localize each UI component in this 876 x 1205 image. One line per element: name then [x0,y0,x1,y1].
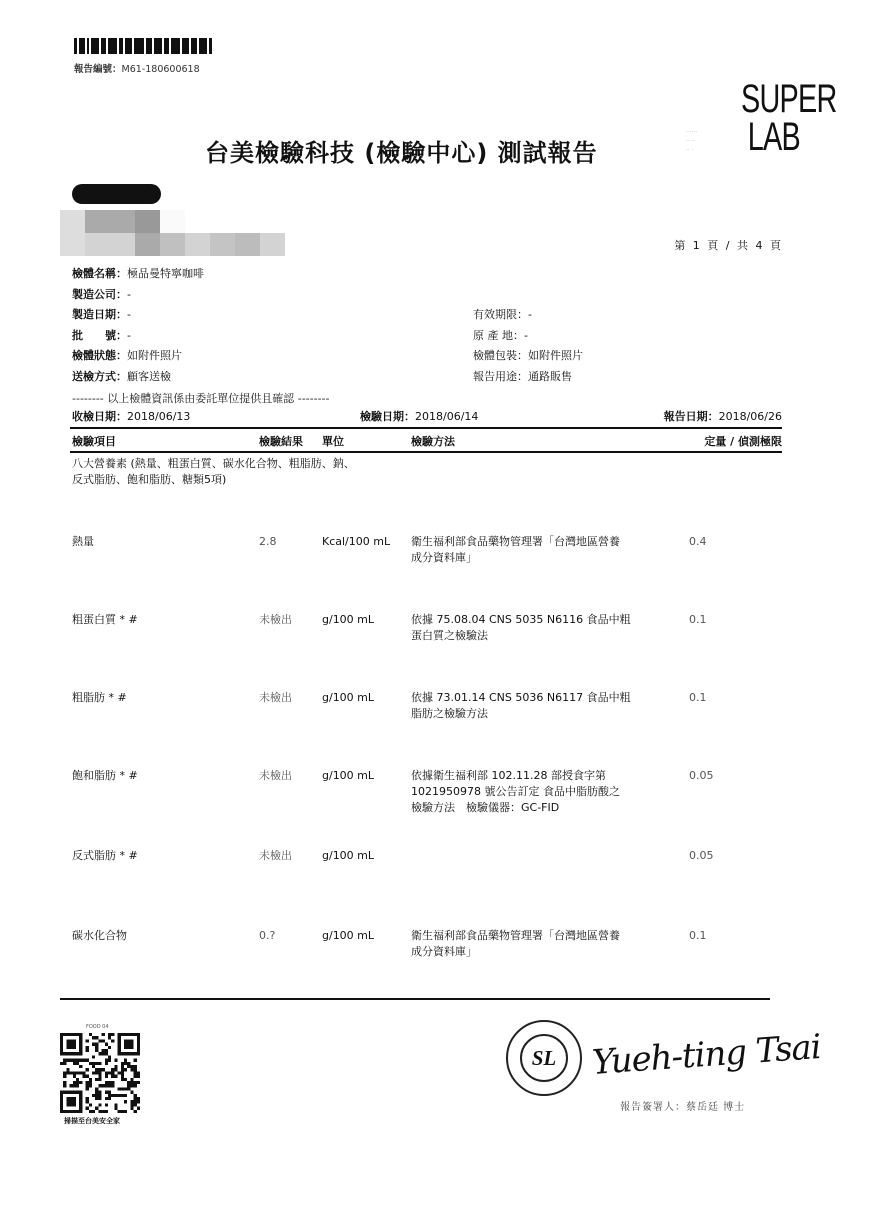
sample-field-value: 顧客送檢 [127,370,171,383]
sample-field-label: 檢體包裝： [473,349,528,362]
row-result: 未檢出 [259,768,292,784]
row-unit: Kcal/100 mL [322,534,390,550]
test-date-value: 2018/06/14 [415,410,478,423]
seal-monogram: SL [520,1034,568,1082]
group-title: 八大營養素 (熱量、粗蛋白質、碳水化合物、粗脂肪、鈉、 反式脂肪、飽和脂肪、糖類… [72,456,355,488]
report-date-label: 報告日期： [664,410,719,423]
row-unit: g/100 mL [322,690,374,706]
header-unit: 單位 [322,433,344,449]
received-date-value: 2018/06/13 [127,410,190,423]
redacted-client-block [60,210,285,256]
row-result: 未檢出 [259,690,292,706]
row-item: 粗蛋白質 * # [72,612,138,628]
row-item: 反式脂肪 * # [72,848,138,864]
signature: Yueh-ting Tsai [591,1027,822,1083]
row-method-line: 脂肪之檢驗方法 [411,706,631,722]
logo-line-1: SUPER [741,80,800,118]
group-title-line-2: 反式脂肪、飽和脂肪、糖類5項) [72,472,355,488]
sample-field: 批 號：- [72,327,131,343]
row-unit: g/100 mL [322,928,374,944]
sample-field: 製造公司：- [72,286,131,302]
report-number: 報告編號：M61-180600618 [74,61,200,75]
row-method: 衛生福利部食品藥物管理署「台灣地區營養成分資料庫」 [411,928,620,960]
sample-field: 檢體包裝：如附件照片 [473,347,583,363]
row-limit: 0.1 [689,612,707,628]
row-limit: 0.1 [689,690,707,706]
sample-field: 送檢方式：顧客送檢 [72,368,171,384]
barcode [74,38,232,54]
sample-field-label: 有效期限： [473,308,528,321]
row-method-line: 成分資料庫」 [411,550,620,566]
sample-field-label: 批 號： [72,329,127,342]
table-header-rule [70,451,782,453]
sample-field-label: 報告用途： [473,370,528,383]
sample-field-label: 製造日期： [72,308,127,321]
sample-field-label: 原 產 地： [473,329,524,342]
test-date-label: 檢驗日期： [360,410,415,423]
row-method: 依據 73.01.14 CNS 5036 N6117 食品中粗脂肪之檢驗方法 [411,690,631,722]
sample-field: 檢體狀態：如附件照片 [72,347,182,363]
row-method: 依據 75.08.04 CNS 5035 N6116 食品中粗蛋白質之檢驗法 [411,612,631,644]
row-method-line: 衛生福利部食品藥物管理署「台灣地區營養 [411,928,620,944]
logo-faint-text: ········ ···· · [686,128,697,155]
qr-top-text: FOOD 04 [86,1024,109,1030]
signer-name: 報告簽署人：蔡岳廷 博士 [620,1098,745,1113]
row-method-line: 依據衛生福利部 102.11.28 部授食字第 [411,768,620,784]
row-result: 未檢出 [259,848,292,864]
row-limit: 0.1 [689,928,707,944]
row-item: 粗脂肪 * # [72,690,127,706]
sample-field: 報告用途：通路販售 [473,368,572,384]
header-limit: 定量 / 偵測極限 [704,433,782,449]
qr-code-icon[interactable] [60,1033,140,1113]
row-item: 熱量 [72,534,94,550]
header-result: 檢驗結果 [259,433,303,449]
row-unit: g/100 mL [322,612,374,628]
row-limit: 0.05 [689,848,714,864]
row-method-line: 衛生福利部食品藥物管理署「台灣地區營養 [411,534,620,550]
sample-field-label: 送檢方式： [72,370,127,383]
row-result: 0.? [259,928,275,944]
sample-field-label: 檢體狀態： [72,349,127,362]
sample-field: 檢體名稱：極品曼特寧咖啡 [72,265,204,281]
sample-field-value: - [127,308,131,321]
sample-field: 原 產 地：- [473,327,528,343]
received-date-label: 收檢日期： [72,410,127,423]
header-item: 檢驗項目 [72,433,116,449]
row-method-line: 檢驗方法 檢驗儀器：GC-FID [411,800,620,816]
row-unit: g/100 mL [322,848,374,864]
row-item: 飽和脂肪 * # [72,768,138,784]
page-title: 台美檢驗科技 (檢驗中心) 測試報告 [205,133,598,168]
received-date: 收檢日期：2018/06/13 [72,408,190,424]
sample-field-value: 如附件照片 [528,349,583,362]
report-date-value: 2018/06/26 [719,410,782,423]
sample-field-value: - [524,329,528,342]
group-title-line-1: 八大營養素 (熱量、粗蛋白質、碳水化合物、粗脂肪、鈉、 [72,456,355,472]
sample-field-value: - [127,329,131,342]
table-top-rule [70,427,782,429]
sample-field: 製造日期：- [72,306,131,322]
report-date: 報告日期：2018/06/26 [664,408,782,424]
row-method-line: 依據 75.08.04 CNS 5035 N6116 食品中粗 [411,612,631,628]
footer-rule [60,998,770,1000]
sample-field-value: - [127,288,131,301]
page-indicator: 第 1 頁 / 共 4 頁 [674,237,783,253]
company-seal-icon: SL [506,1020,582,1096]
row-unit: g/100 mL [322,768,374,784]
header-method: 檢驗方法 [411,433,455,449]
row-method-line: 依據 73.01.14 CNS 5036 N6117 食品中粗 [411,690,631,706]
sample-field-label: 檢體名稱： [72,267,127,280]
test-date: 檢驗日期：2018/06/14 [360,408,478,424]
row-method-line: 蛋白質之檢驗法 [411,628,631,644]
sample-field-value: - [528,308,532,321]
sample-field-value: 通路販售 [528,370,572,383]
sample-info-note: -------- 以上檢體資訊係由委託單位提供且確認 -------- [72,390,330,406]
sample-field-value: 極品曼特寧咖啡 [127,267,204,280]
redacted-pill [72,184,161,204]
qr-caption: 掃描至台美安全家 [64,1116,120,1126]
row-result: 未檢出 [259,612,292,628]
row-limit: 0.05 [689,768,714,784]
row-result: 2.8 [259,534,277,550]
row-limit: 0.4 [689,534,707,550]
row-item: 碳水化合物 [72,928,127,944]
report-number-label: 報告編號： [74,64,122,75]
superlab-logo: SUPER LAB [741,80,800,156]
row-method: 衛生福利部食品藥物管理署「台灣地區營養成分資料庫」 [411,534,620,566]
sample-field-value: 如附件照片 [127,349,182,362]
logo-line-2: LAB [741,118,800,156]
sample-field-label: 製造公司： [72,288,127,301]
report-number-value: M61-180600618 [122,64,200,75]
sample-field: 有效期限：- [473,306,532,322]
row-method-line: 成分資料庫」 [411,944,620,960]
row-method: 依據衛生福利部 102.11.28 部授食字第1021950978 號公告訂定 … [411,768,620,816]
row-method-line: 1021950978 號公告訂定 食品中脂肪酸之 [411,784,620,800]
